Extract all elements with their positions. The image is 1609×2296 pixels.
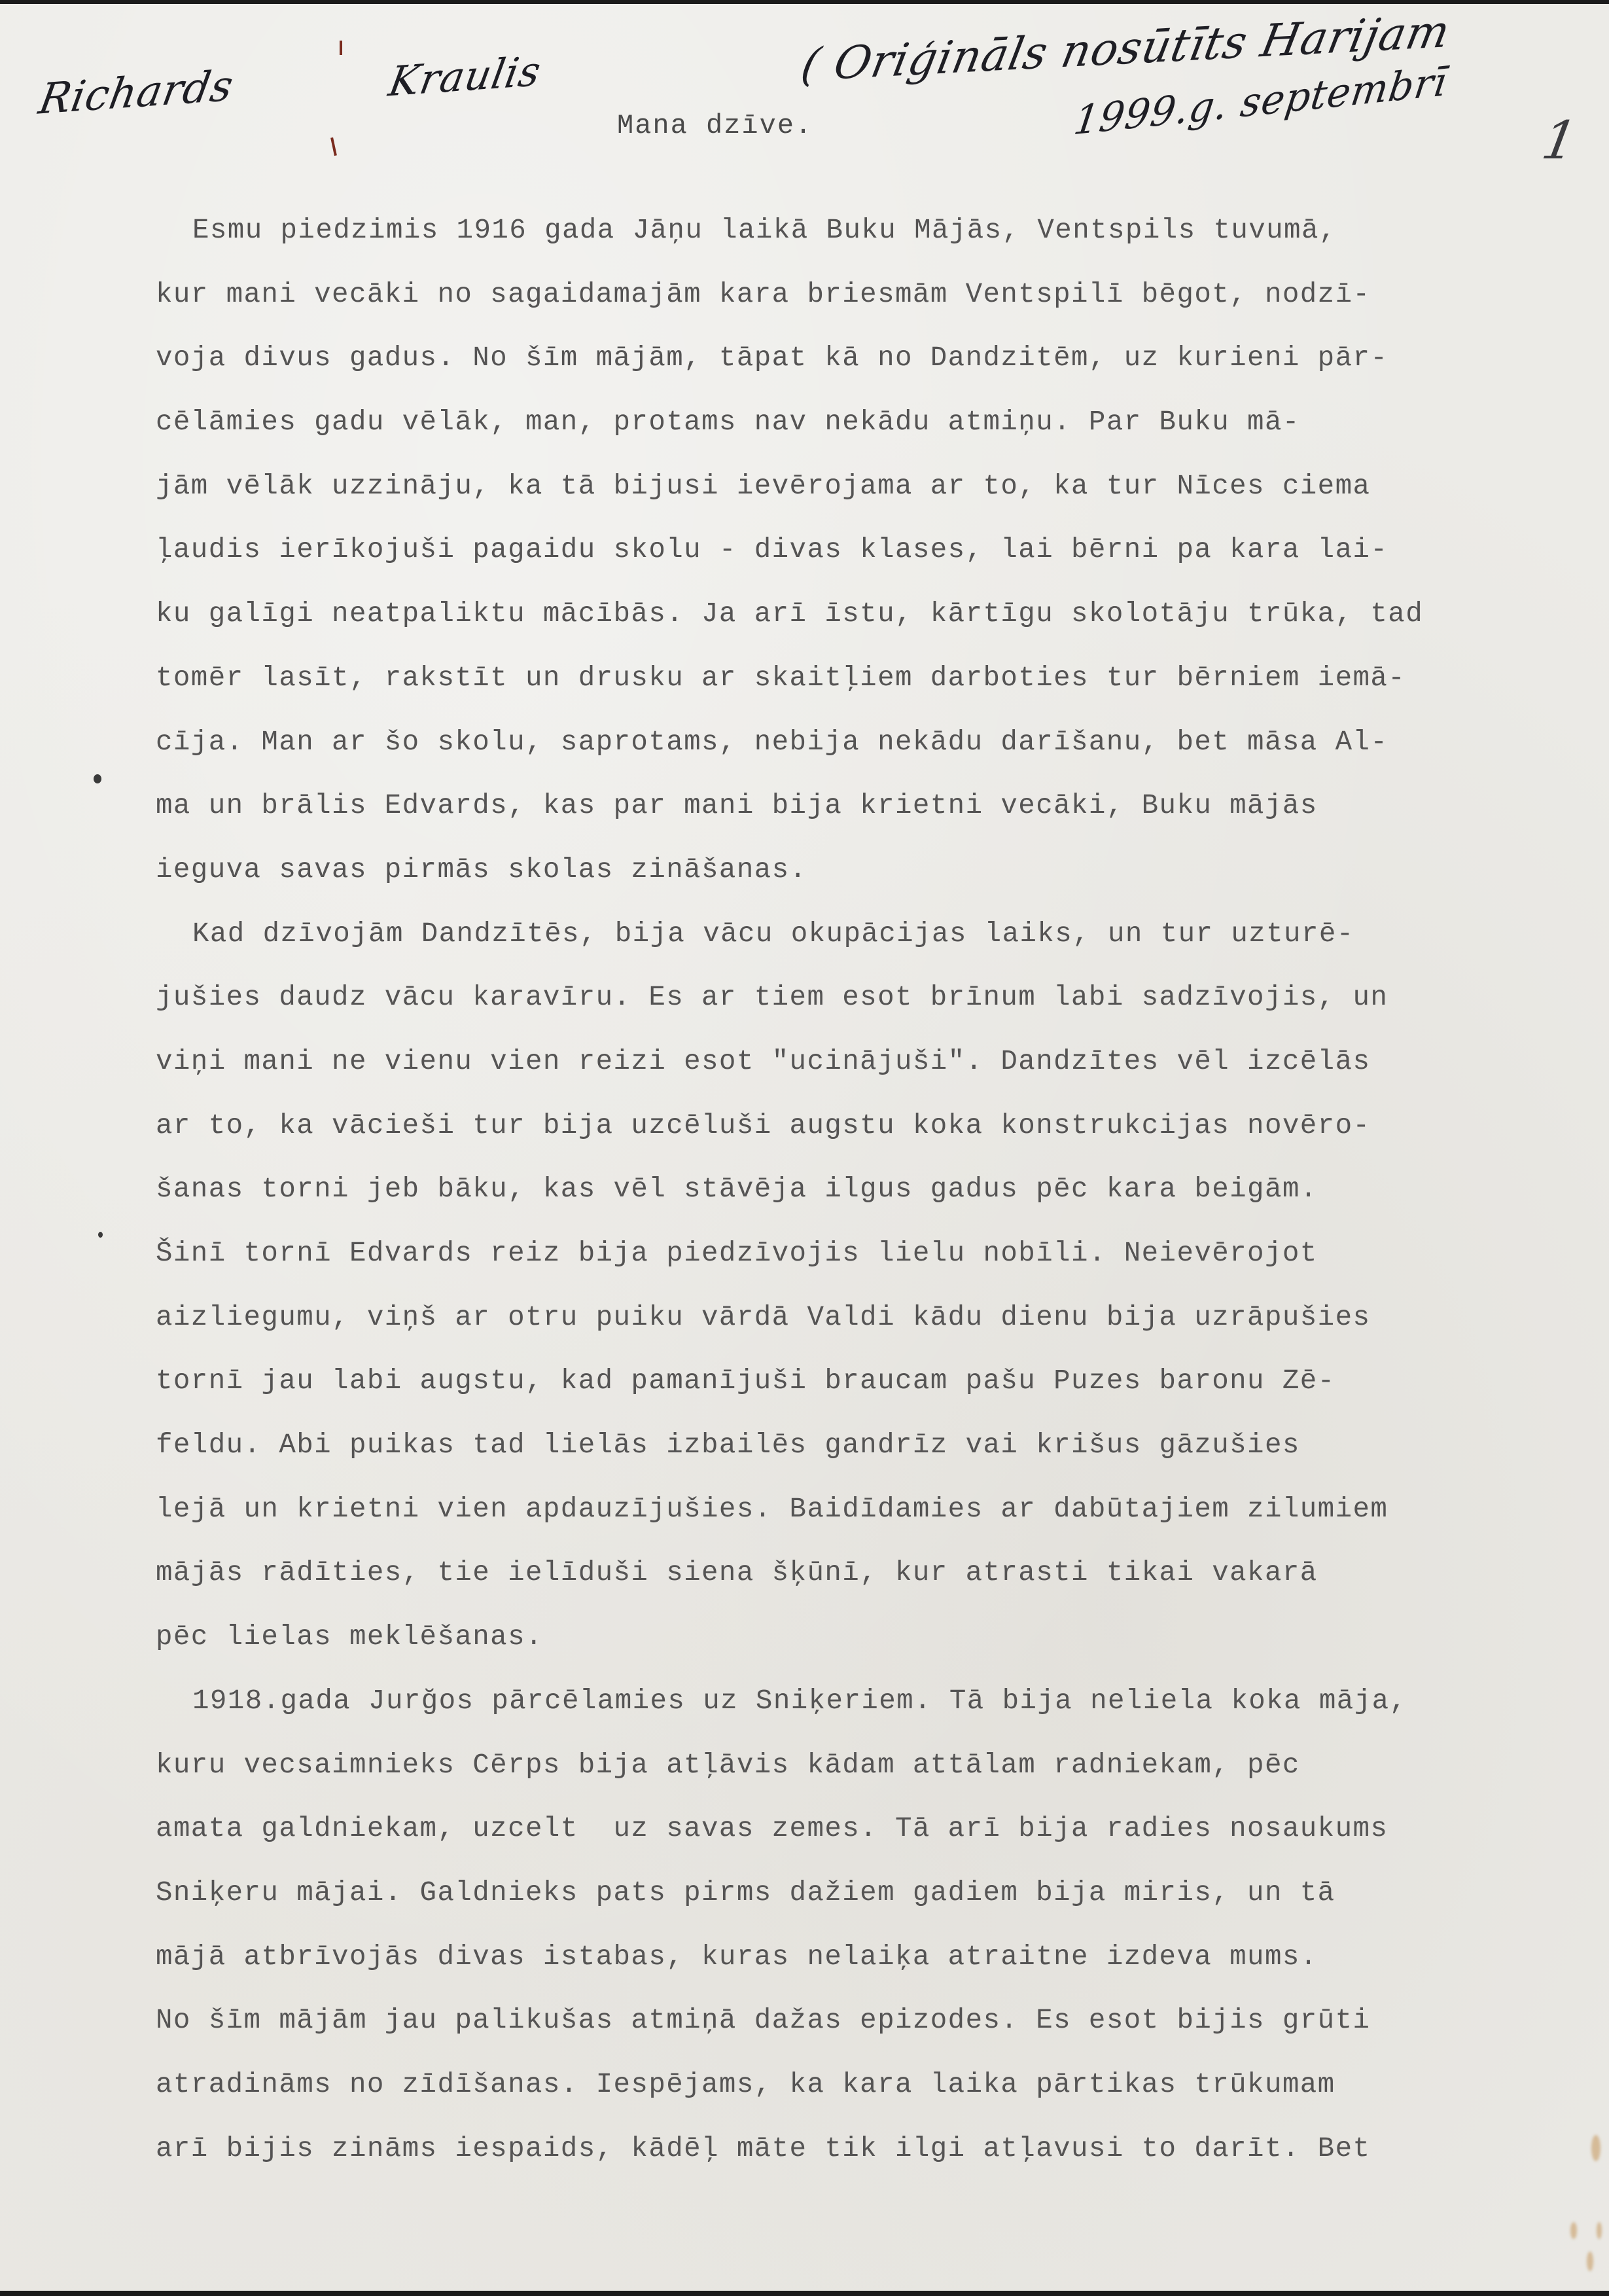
text-line: No šīm mājām jau palikušas atmiņā dažas … [156,2001,1569,2065]
ink-mark [330,137,337,156]
text-line: atradināms no zīdīšanas. Iespējams, ka k… [156,2065,1569,2129]
document-body: Esmu piedzimis 1916 gada Jāņu laikā Buku… [156,211,1569,2193]
text-line: ļaudis ierīkojuši pagaidu skolu - divas … [156,530,1569,594]
text-line: tomēr lasīt, rakstīt un drusku ar skaitļ… [156,658,1569,723]
handwritten-author-last-name: Kraulis [385,46,545,105]
paper-stain [1587,2251,1593,2271]
text-line: šanas torni jeb bāku, kas vēl stāvēja il… [156,1170,1569,1234]
paper-stain [1591,2135,1600,2161]
text-line: tornī jau labi augstu, kad pamanījuši br… [156,1361,1569,1426]
paper-stain [1597,2222,1602,2239]
paper-stain [1570,2222,1577,2239]
text-line: ku galīgi neatpaliktu mācībās. Ja arī īs… [156,594,1569,658]
text-line: ieguva savas pirmās skolas zināšanas. [156,850,1569,914]
text-line: cēlāmies gadu vēlāk, man, protams nav ne… [156,403,1569,467]
text-line: 1918.gada Jurğos pārcēlamies uz Sniķerie… [156,1681,1569,1746]
text-line: arī bijis zināms iespaids, kādēļ māte ti… [156,2129,1569,2193]
text-line: mājā atbrīvojās divas istabas, kuras nel… [156,1937,1569,2001]
text-line: pēc lielas meklēšanas. [156,1617,1569,1681]
text-line: Sniķeru mājai. Galdnieks pats pirms daži… [156,1873,1569,1937]
text-line: Esmu piedzimis 1916 gada Jāņu laikā Buku… [156,211,1569,275]
text-line: kur mani vecāki no sagaidamajām kara bri… [156,275,1569,339]
text-line: Kad dzīvojām Dandzītēs, bija vācu okupāc… [156,914,1569,978]
text-line: amata galdniekam, uzcelt uz savas zemes.… [156,1809,1569,1873]
text-line: cīja. Man ar šo skolu, saprotams, nebija… [156,723,1569,787]
text-line: feldu. Abi puikas tad lielās izbailēs ga… [156,1426,1569,1490]
margin-mark [98,1232,103,1238]
document-title: Mana dzīve. [617,110,813,141]
handwritten-author-first-name: Richards [35,62,238,124]
handwritten-page-number: 1 [1538,110,1582,171]
text-line: Šinī tornī Edvards reiz bija piedzīvojis… [156,1234,1569,1298]
ink-mark [340,41,342,55]
text-line: jušies daudz vācu karavīru. Es ar tiem e… [156,978,1569,1042]
text-line: viņi mani ne vienu vien reizi esot "ucin… [156,1042,1569,1106]
text-line: aizliegumu, viņš ar otru puiku vārdā Val… [156,1298,1569,1362]
document-page: Richards Kraulis ( Oriģināls nosūtīts Ha… [0,0,1609,2296]
text-line: ma un brālis Edvards, kas par mani bija … [156,786,1569,850]
text-line: kuru vecsaimnieks Cērps bija atļāvis kād… [156,1746,1569,1810]
text-line: ar to, ka vācieši tur bija uzcēluši augs… [156,1106,1569,1170]
text-line: voja divus gadus. No šīm mājām, tāpat kā… [156,338,1569,403]
text-line: lejā un krietni vien apdauzījušies. Baid… [156,1490,1569,1554]
text-line: mājās rādīties, tie ielīduši siena šķūnī… [156,1553,1569,1617]
text-line: jām vēlāk uzzināju, ka tā bijusi ievēroj… [156,467,1569,531]
margin-mark [94,774,101,783]
